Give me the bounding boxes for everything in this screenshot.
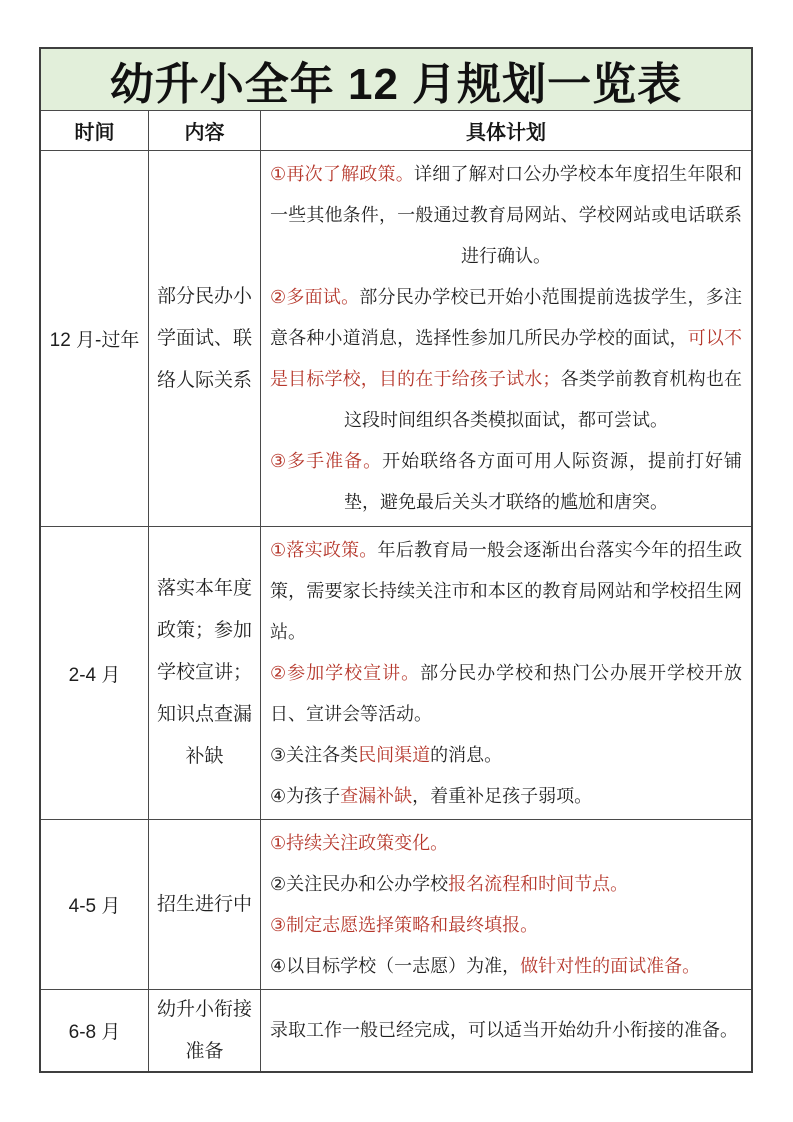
time-cell: 2-4 月 [41, 527, 149, 819]
plan-paragraph: ④以目标学校（一志愿）为准，做针对性的面试准备。 [270, 946, 742, 987]
text-segment: ②关注民办和公办学校 [270, 874, 448, 894]
content-cell: 落实本年度政策；参加学校宣讲；知识点查漏补缺 [149, 527, 261, 819]
text-segment: 民间渠道 [358, 745, 430, 765]
table-header-row: 时间 内容 具体计划 [41, 111, 751, 151]
planning-table: 幼升小全年 12 月规划一览表 时间 内容 具体计划 12 月-过年部分民办小学… [39, 47, 753, 1073]
time-cell: 12 月-过年 [41, 151, 149, 526]
plan-paragraph: ②多面试。部分民办学校已开始小范围提前选拔学生，多注意各种小道消息，选择性参加几… [270, 277, 742, 441]
text-segment: ④为孩子 [270, 786, 340, 806]
plan-paragraph: ②关注民办和公办学校报名流程和时间节点。 [270, 864, 742, 905]
text-segment: ①持续关注政策变化。 [270, 833, 448, 853]
table-row: 4-5 月招生进行中①持续关注政策变化。②关注民办和公办学校报名流程和时间节点。… [41, 819, 751, 989]
header-content: 内容 [149, 111, 261, 150]
plan-paragraph: ③多手准备。开始联络各方面可用人际资源，提前打好铺垫，避免最后关头才联络的尴尬和… [270, 441, 742, 523]
content-cell: 幼升小衔接准备 [149, 990, 261, 1071]
text-segment: ①再次了解政策。 [270, 164, 414, 184]
time-cell: 6-8 月 [41, 990, 149, 1071]
plan-cell: 录取工作一般已经完成，可以适当开始幼升小衔接的准备。 [261, 990, 751, 1071]
text-segment: 做针对性的面试准备。 [520, 956, 700, 976]
table-body: 12 月-过年部分民办小学面试、联络人际关系①再次了解政策。详细了解对口公办学校… [41, 151, 751, 1071]
plan-paragraph: ①再次了解政策。详细了解对口公办学校本年度招生年限和一些其他条件，一般通过教育局… [270, 154, 742, 277]
text-segment: ③制定志愿选择策略和最终填报。 [270, 915, 538, 935]
table-row: 12 月-过年部分民办小学面试、联络人际关系①再次了解政策。详细了解对口公办学校… [41, 151, 751, 526]
text-segment: ③关注各类 [270, 745, 358, 765]
text-segment: ，着重补足孩子弱项。 [412, 786, 592, 806]
plan-cell: ①持续关注政策变化。②关注民办和公办学校报名流程和时间节点。③制定志愿选择策略和… [261, 820, 751, 989]
plan-paragraph: ②参加学校宣讲。部分民办学校和热门公办展开学校开放日、宣讲会等活动。 [270, 653, 742, 735]
header-plan: 具体计划 [261, 111, 751, 150]
text-segment: 报名流程和时间节点。 [448, 874, 628, 894]
plan-paragraph: 录取工作一般已经完成，可以适当开始幼升小衔接的准备。 [270, 1010, 742, 1051]
content-cell: 部分民办小学面试、联络人际关系 [149, 151, 261, 526]
page-title: 幼升小全年 12 月规划一览表 [110, 48, 682, 112]
text-segment: 开始联络各方面可用人际资源，提前打好铺垫，避免最后关头才联络的尴尬和唐突。 [344, 451, 742, 512]
plan-paragraph: ③关注各类民间渠道的消息。 [270, 735, 742, 776]
text-segment: ③多手准备。 [270, 451, 382, 471]
plan-paragraph: ④为孩子查漏补缺，着重补足孩子弱项。 [270, 776, 742, 817]
plan-cell: ①落实政策。年后教育局一般会逐渐出台落实今年的招生政策，需要家长持续关注市和本区… [261, 527, 751, 819]
text-segment: ②多面试。 [270, 287, 359, 307]
text-segment: ②参加学校宣讲。 [270, 663, 420, 683]
table-title-bar: 幼升小全年 12 月规划一览表 [41, 49, 751, 111]
page: { "title": "幼升小全年 12 月规划一览表", "header": … [0, 0, 793, 1122]
text-segment: ④以目标学校（一志愿）为准， [270, 956, 520, 976]
text-segment: 录取工作一般已经完成，可以适当开始幼升小衔接的准备。 [270, 1020, 738, 1040]
plan-cell: ①再次了解政策。详细了解对口公办学校本年度招生年限和一些其他条件，一般通过教育局… [261, 151, 751, 526]
table-row: 6-8 月幼升小衔接准备录取工作一般已经完成，可以适当开始幼升小衔接的准备。 [41, 989, 751, 1071]
text-segment: 的消息。 [430, 745, 502, 765]
content-cell: 招生进行中 [149, 820, 261, 989]
plan-paragraph: ①落实政策。年后教育局一般会逐渐出台落实今年的招生政策，需要家长持续关注市和本区… [270, 530, 742, 653]
plan-paragraph: ①持续关注政策变化。 [270, 823, 742, 864]
plan-paragraph: ③制定志愿选择策略和最终填报。 [270, 905, 742, 946]
text-segment: ①落实政策。 [270, 540, 378, 560]
header-time: 时间 [41, 111, 149, 150]
text-segment: 查漏补缺 [340, 786, 412, 806]
time-cell: 4-5 月 [41, 820, 149, 989]
table-row: 2-4 月落实本年度政策；参加学校宣讲；知识点查漏补缺①落实政策。年后教育局一般… [41, 526, 751, 819]
